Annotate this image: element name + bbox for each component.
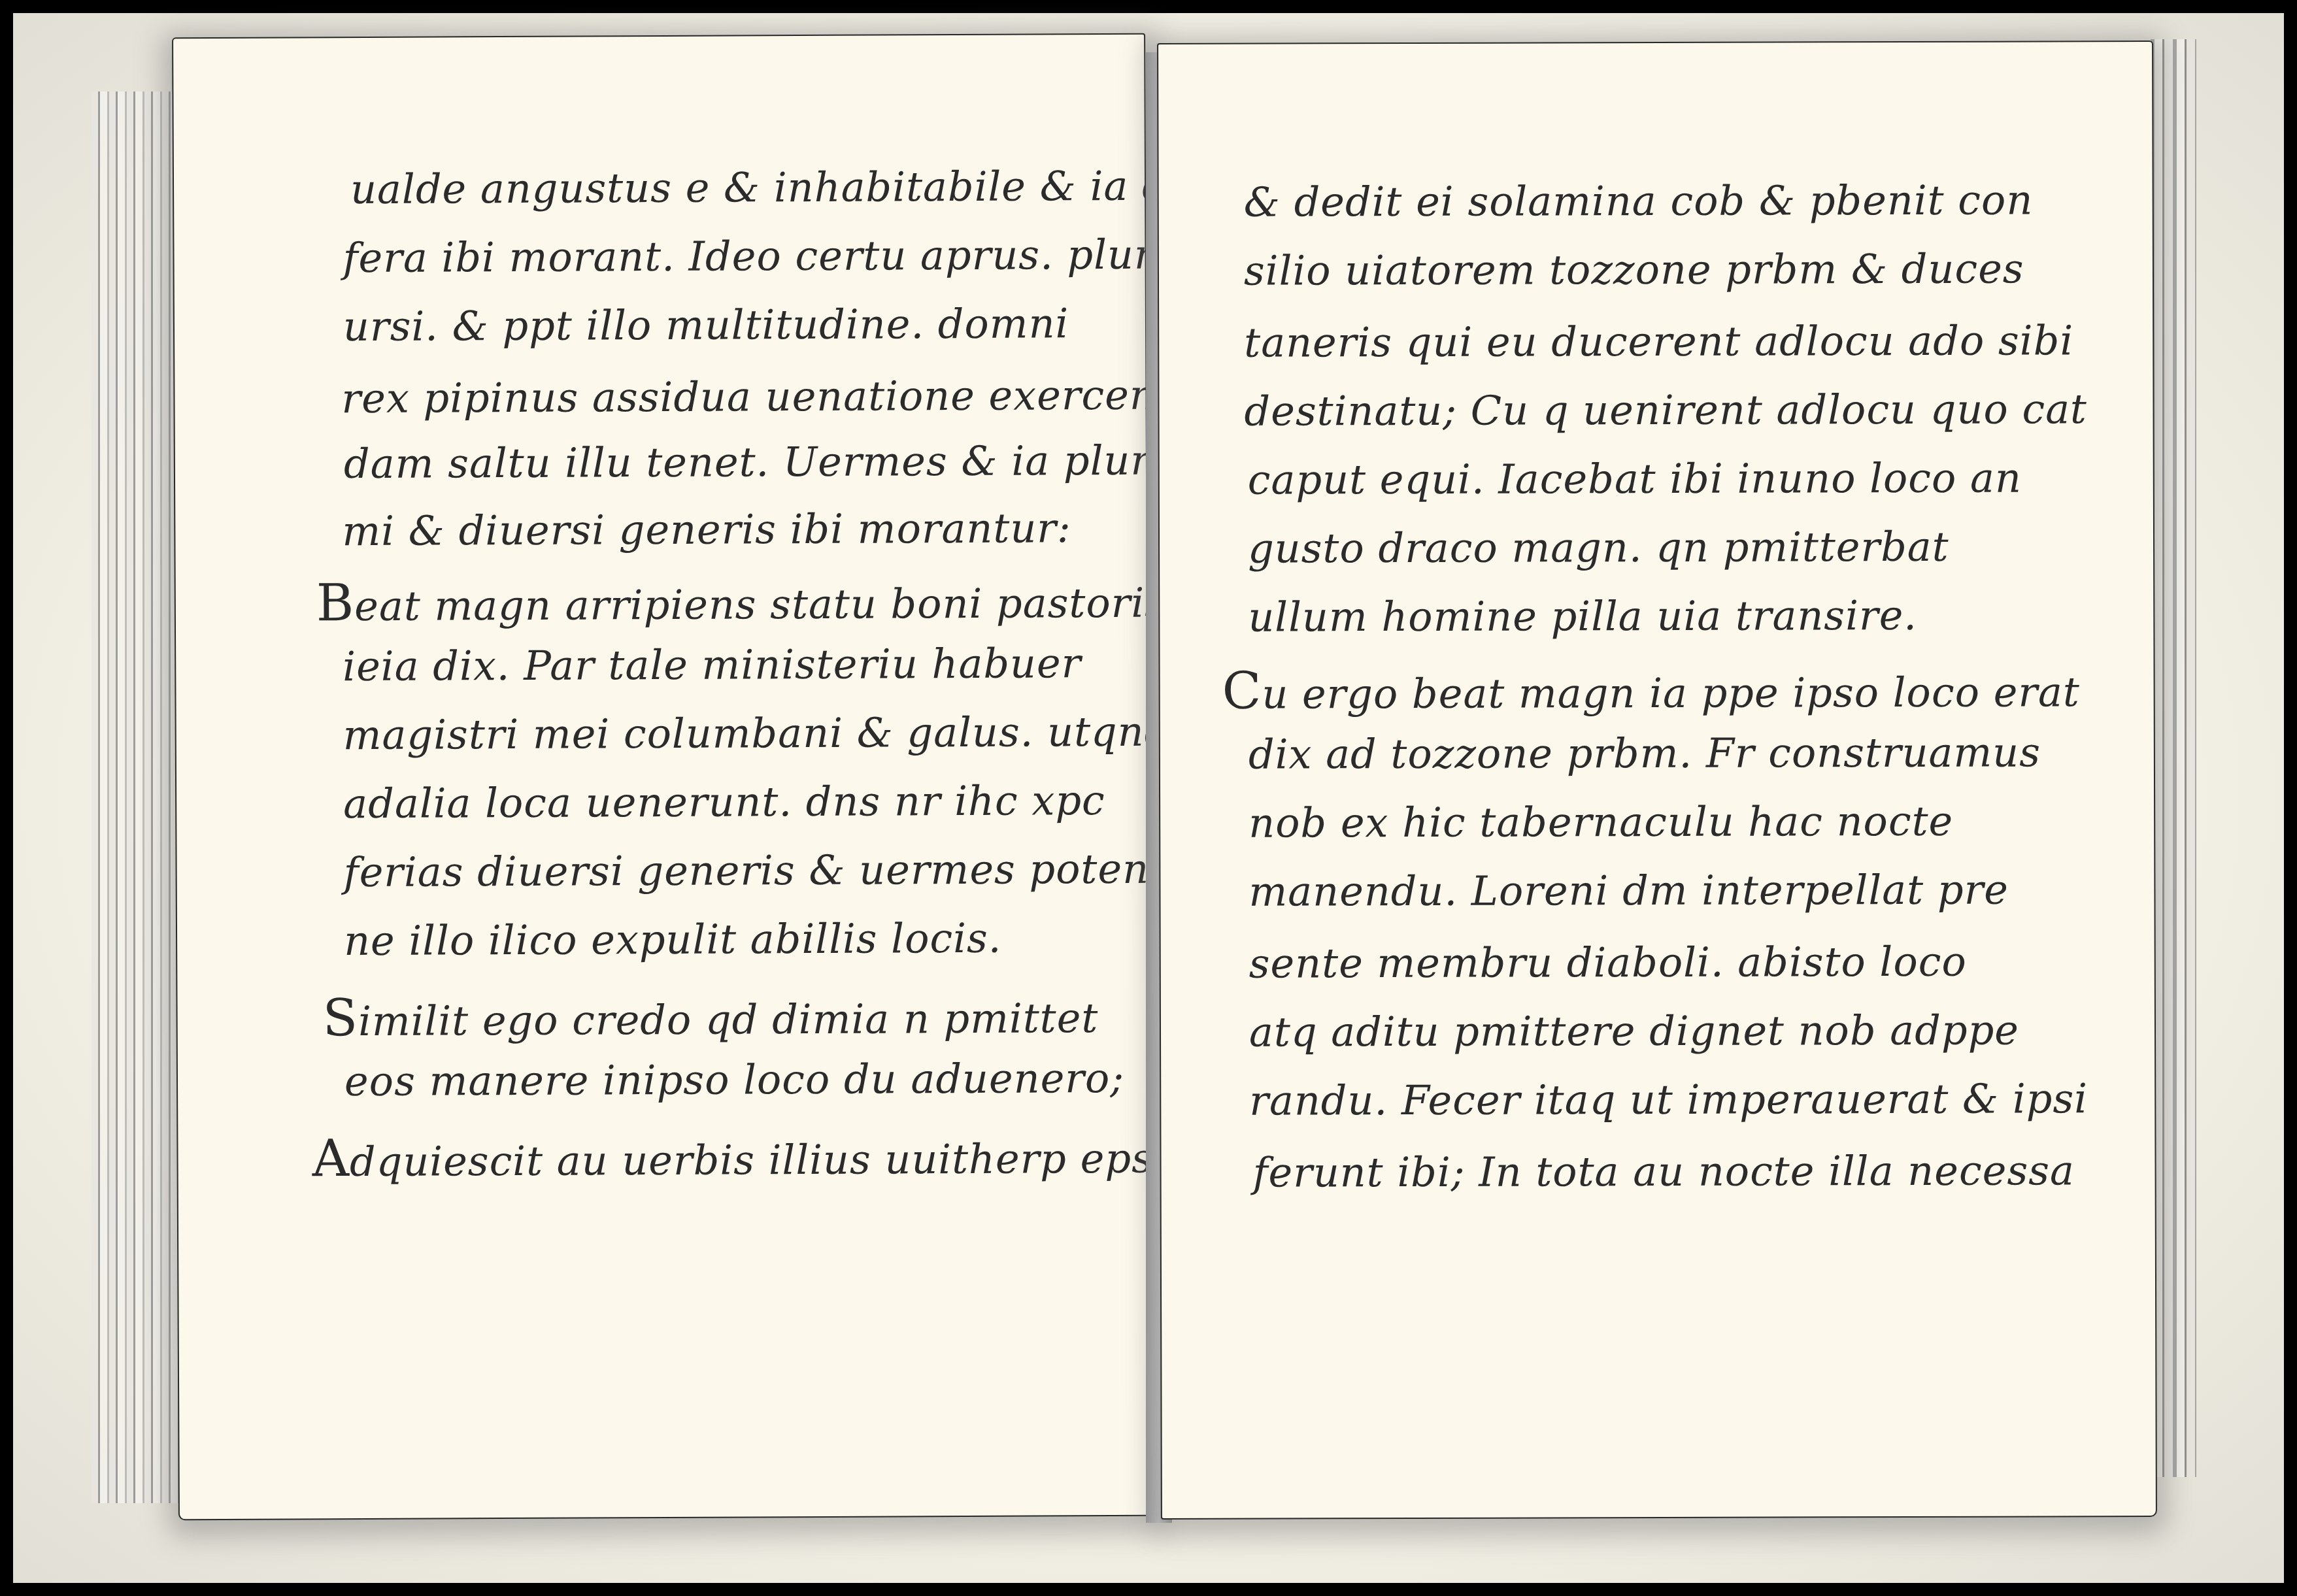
text-line: caput equi. Iacebat ibi inuno loco an (1248, 454, 2022, 504)
text-line: mi & diuersi generis ibi morantur: (342, 504, 1071, 555)
text-line: rex pipinus assidua uenatione exercen (341, 371, 1156, 422)
text-line: ursi. & ppt illo multitudine. domni (343, 299, 1069, 350)
decorated-initial: A (312, 1129, 350, 1188)
text-line: & dedit ei solamina cob & pbenit con (1244, 176, 2034, 225)
text-line: destinatu; Cu q uenirent adlocu quo cat (1244, 385, 2087, 435)
text-line: Adquiescit au uerbis illius uuitherp eps… (312, 1126, 1166, 1189)
text-line: adalia loca uenerunt. dns nr ihc xpc (343, 776, 1105, 827)
scan-background: ualde angustus e & inhabitabile & ia diu… (13, 13, 2284, 1583)
text-line: ieia dix. Par tale ministeriu habuer (343, 639, 1081, 690)
text-line: taneris qui eu ducerent adlocu ado sibi (1244, 316, 2073, 366)
text-line: ne illo ilico expulit abillis locis. (344, 914, 1002, 965)
text-line: magistri mei columbani & galus. utqndo (343, 707, 1196, 759)
decorated-initial: C (1222, 662, 1262, 721)
text-line: ullum homine pilla uia transire. (1248, 591, 1917, 641)
text-line: ferunt ibi; In tota au nocte illa necess… (1252, 1146, 2075, 1196)
decorated-initial: S (322, 989, 358, 1048)
text-line: sente membru diaboli. abisto loco (1249, 938, 1967, 988)
text-line: dam saltu illu tenet. Uermes & ia pluri (344, 437, 1164, 488)
text-line: ferias diuersi generis & uermes potentio (343, 844, 1205, 896)
text-line: randu. Fecer itaq ut imperauerat & ipsi (1249, 1074, 2088, 1124)
text-line: Cu ergo beat magn ia ppe ipso loco erat (1222, 659, 2080, 720)
text-line: Beat magn arripiens statu boni pastoris … (316, 570, 1220, 633)
left-page: ualde angustus e & inhabitabile & ia diu… (173, 35, 1150, 1519)
text-line: dix ad tozzone prbm. Fr construamus (1249, 728, 2041, 778)
text-line: fera ibi morant. Ideo certu aprus. pluri… (343, 230, 1233, 282)
decorated-initial: B (316, 574, 355, 633)
right-page: 51 & dedit ei solamina cob & pbenit con … (1158, 42, 2156, 1518)
text-line: gusto draco magn. qn pmitterbat (1248, 523, 1949, 573)
text-line: nob ex hic tabernaculu hac nocte (1249, 797, 1953, 847)
text-line: silio uiatorem tozzone prbm & duces (1244, 245, 2024, 295)
text-line: manendu. Loreni dm interpellat pre (1249, 866, 2009, 916)
text-line: eos manere inipso loco du aduenero; (344, 1054, 1124, 1105)
right-page-edges (2151, 39, 2196, 1477)
text-line: atq aditu pmittere dignet nob adppe (1249, 1006, 2019, 1056)
text-line: Similit ego credo qd dimia n pmittet (322, 986, 1098, 1048)
